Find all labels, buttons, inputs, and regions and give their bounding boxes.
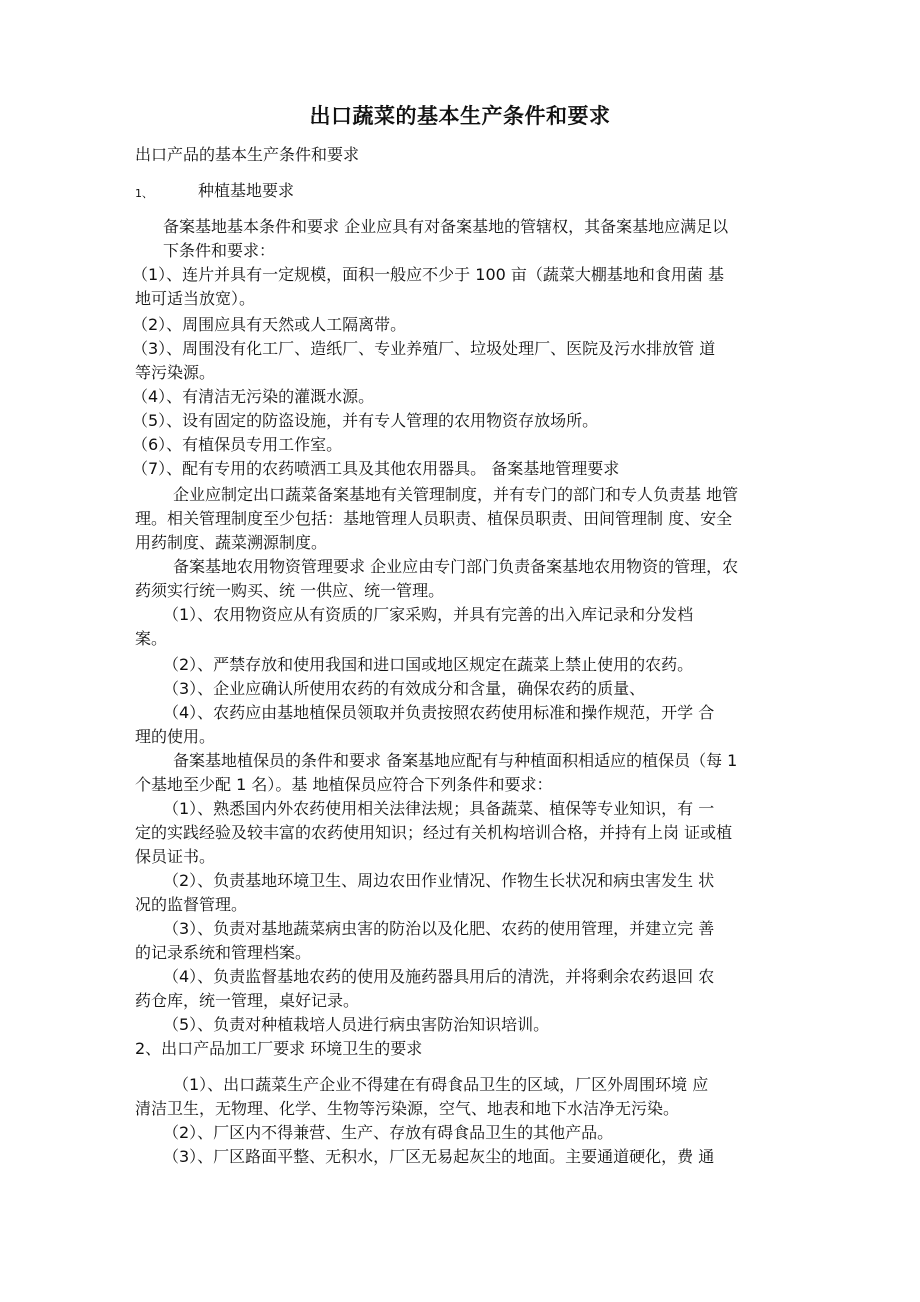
text-line: （5）、负责对种植栽培人员进行病虫害防治知识培训。 <box>163 1014 549 1036</box>
text-line: 备案基地基本条件和要求 企业应具有对备案基地的管辖权，其备案基地应满足以 <box>163 216 728 238</box>
document-page: 出口蔬菜的基本生产条件和要求 出口产品的基本生产条件和要求1、种植基地要求备案基… <box>0 0 920 1302</box>
text-line: （4）、有清洁无污染的灌溉水源。 <box>132 386 374 408</box>
text-line: 况的监督管理。 <box>135 894 247 916</box>
text-line: 下条件和要求： <box>163 240 275 262</box>
text-line: （6）、有植保员专用工作室。 <box>132 434 342 456</box>
text-line: 地可适当放宽）。 <box>135 288 255 310</box>
text-line: 备案基地植保员的条件和要求 备案基地应配有与种植面积相适应的植保员（每 1 <box>173 750 737 772</box>
text-line: （1）、熟悉国内外农药使用相关法律法规；具备蔬菜、植保等专业知识，有 一 <box>163 798 714 820</box>
text-line: （1）、农用物资应从有资质的厂家采购，并具有完善的出入库记录和分发档 <box>163 604 693 626</box>
text-line: 保员证书。 <box>135 846 215 868</box>
text-line: 出口产品的基本生产条件和要求 <box>135 144 359 166</box>
text-line: 理。相关管理制度至少包括：基地管理人员职责、植保员职责、田间管理制 度、安全 <box>135 508 732 530</box>
text-line: 的记录系统和管理档案。 <box>135 942 311 964</box>
text-line: 案。 <box>135 628 167 650</box>
text-line: （2）、严禁存放和使用我国和进口国或地区规定在蔬菜上禁止使用的农药。 <box>163 654 693 676</box>
text-line: （4）、农药应由基地植保员领取并负责按照农药使用标准和操作规范，开学 合 <box>163 702 714 724</box>
text-line: （1）、连片并具有一定规模，面积一般应不少于 100 亩（蔬菜大棚基地和食用菌 … <box>132 264 724 286</box>
text-line: （3）、周围没有化工厂、造纸厂、专业养殖厂、垃圾处理厂、医院及污水排放管 道 <box>132 338 715 360</box>
text-line: 清洁卫生，无物理、化学、生物等污染源，空气、地表和地下水洁净无污染。 <box>135 1098 679 1120</box>
text-line: 定的实践经验及较丰富的农药使用知识；经过有关机构培训合格，并持有上岗 证或植 <box>135 822 732 844</box>
text-line: （7）、配有专用的农药喷洒工具及其他农用器具。 备案基地管理要求 <box>132 458 619 480</box>
text-line: 种植基地要求 <box>198 180 294 202</box>
text-line: 备案基地农用物资管理要求 企业应由专门部门负责备案基地农用物资的管理，农 <box>173 556 738 578</box>
text-line: 用药制度、蔬菜溯源制度。 <box>135 532 327 554</box>
text-line: （4）、负责监督基地农药的使用及施药器具用后的清洗，并将剩余农药退回 农 <box>163 966 714 988</box>
text-line: （1）、出口蔬菜生产企业不得建在有碍食品卫生的区域，厂区外周围环境 应 <box>173 1074 708 1096</box>
text-line: 个基地至少配 1 名）。基 地植保员应符合下列条件和要求： <box>135 774 552 796</box>
text-line: （5）、设有固定的防盗设施，并有专人管理的农用物资存放场所。 <box>132 410 598 432</box>
document-title: 出口蔬菜的基本生产条件和要求 <box>0 100 920 130</box>
text-line: （2）、厂区内不得兼营、生产、存放有碍食品卫生的其他产品。 <box>163 1122 613 1144</box>
text-line: 理的使用。 <box>135 726 215 748</box>
text-line: 1、 <box>135 183 153 205</box>
text-line: 药须实行统一购买、统 一供应、统一管理。 <box>135 580 444 602</box>
text-line: （3）、企业应确认所使用农药的有效成分和含量，确保农药的质量、 <box>163 678 645 700</box>
text-line: 药仓库，统一管理，桌好记录。 <box>135 990 359 1012</box>
text-line: （2）、周围应具有天然或人工隔离带。 <box>132 314 406 336</box>
text-line: 等污染源。 <box>135 362 215 384</box>
text-line: （2）、负责基地环境卫生、周边农田作业情况、作物生长状况和病虫害发生 状 <box>163 870 714 892</box>
text-line: 企业应制定出口蔬菜备案基地有关管理制度，并有专门的部门和专人负责基 地管 <box>173 484 738 506</box>
text-line: （3）、厂区路面平整、无积水，厂区无易起灰尘的地面。主要通道硬化，费 通 <box>163 1146 714 1168</box>
text-line: 2、出口产品加工厂要求 环境卫生的要求 <box>135 1038 422 1060</box>
text-line: （3）、负责对基地蔬菜病虫害的防治以及化肥、农药的使用管理，并建立完 善 <box>163 918 714 940</box>
